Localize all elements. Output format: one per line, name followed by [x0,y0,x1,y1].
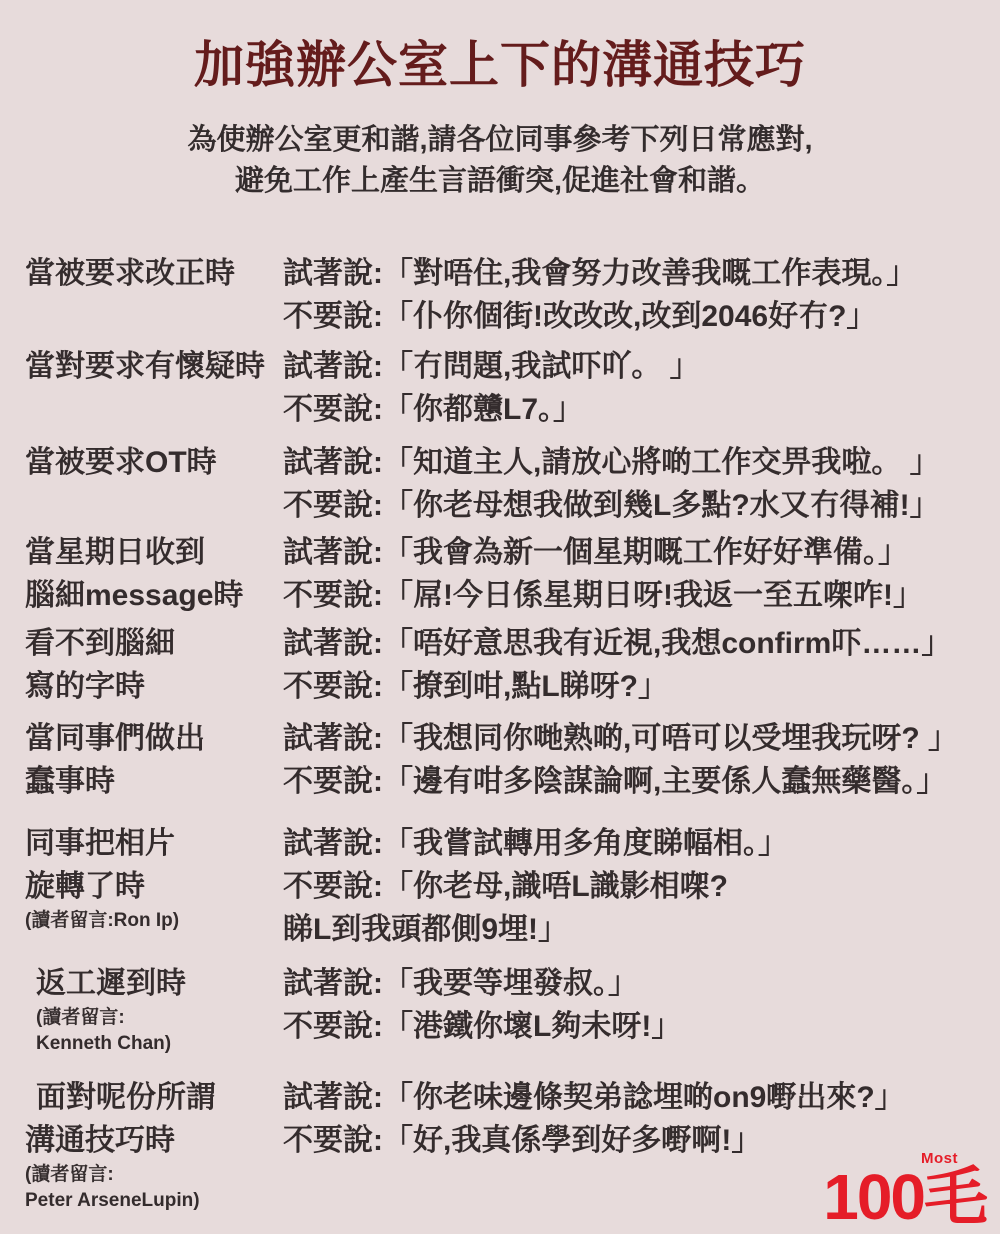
logo-100mo-wordmark: 100毛 [823,1166,986,1228]
scenario-label: 當被要求OT時 [25,441,283,484]
advice-row-overtime: 當被要求OT時 試著說:「知道主人,請放心將啲工作交畀我啦。 」 不要說:「你老… [25,441,982,527]
scenario-label: 當對要求有懷疑時 [25,345,283,388]
scenario-label: 腦細message時 [25,574,283,617]
dont-say-prefix: 不要說: [283,484,383,527]
dont-say-prefix: 不要說: [283,665,383,708]
try-say-prefix: 試著說: [283,622,383,665]
dont-say-text: 「你老母想我做到幾L多點?水又冇得補!」 [383,484,940,527]
reader-comment: (讀者留言:Ron Ip) [25,908,283,934]
dont-say-prefix: 不要說: [283,865,383,908]
try-say-prefix: 試著說: [283,962,383,1005]
try-say-line: 試著說:「對唔住,我會努力改善我嘅工作表現。」 [283,252,982,295]
dont-say-line: 不要說:「你老母,識唔L識影相㗎? [283,865,982,908]
dont-say-text: 「好,我真係學到好多嘢啊!」 [383,1119,761,1162]
scenario-column: 當被要求改正時 [25,252,283,295]
dont-say-prefix: 不要說: [283,388,383,431]
reader-comment: Kenneth Chan) [36,1031,283,1057]
reader-comment: Peter ArseneLupin) [25,1188,283,1214]
try-say-line: 試著說:「唔好意思我有近視,我想confirm吓……」 [283,622,982,665]
dialog-column: 試著說:「我會為新一個星期嘅工作好好準備。」 不要說:「屌!今日係星期日呀!我返… [283,531,982,617]
try-say-prefix: 試著說: [283,717,383,760]
page-title: 加強辦公室上下的溝通技巧 [0,36,1000,94]
scenario-column: 當同事們做出 蠢事時 [25,717,283,803]
try-say-prefix: 試著說: [283,531,383,574]
dont-say-line: 不要說:「你都戇L7。」 [283,388,982,431]
scenario-column: 同事把相片 旋轉了時 (讀者留言:Ron Ip) [25,822,283,934]
scenario-label: 當被要求改正時 [25,252,283,295]
reader-comment: (讀者留言: [25,1162,283,1188]
dont-say-continuation: 睇L到我頭都側9埋!」 [283,908,982,951]
scenario-label: 返工遲到時 [36,962,283,1005]
scenario-column: 面對呢份所謂 溝通技巧時 (讀者留言: Peter ArseneLupin) [25,1076,283,1214]
subtitle-line-2: 避免工作上產生言語衝突,促進社會和諧。 [0,161,1000,202]
dont-say-text: 「你都戇L7。」 [383,388,583,431]
dialog-column: 試著說:「冇問題,我試吓吖。 」 不要說:「你都戇L7。」 [283,345,982,431]
scenario-column: 當對要求有懷疑時 [25,345,283,388]
try-say-text: 「我會為新一個星期嘅工作好好準備。」 [383,531,908,574]
advice-row-boss-handwriting: 看不到腦細 寫的字時 試著說:「唔好意思我有近視,我想confirm吓……」 不… [25,622,982,708]
try-say-line: 試著說:「冇問題,我試吓吖。 」 [283,345,982,388]
try-say-text: 「知道主人,請放心將啲工作交畀我啦。 」 [383,441,940,484]
try-say-text: 「我要等埋發叔。」 [383,962,638,1005]
scenario-label: 看不到腦細 [25,622,283,665]
dialog-column: 試著說:「我嘗試轉用多角度睇幅相。」 不要說:「你老母,識唔L識影相㗎? 睇L到… [283,822,982,951]
dont-say-prefix: 不要說: [283,1119,383,1162]
dialog-column: 試著說:「唔好意思我有近視,我想confirm吓……」 不要說:「撩到咁,點L睇… [283,622,982,708]
dont-say-text: 「港鐵你壞L夠未呀!」 [383,1005,681,1048]
reader-comment: (讀者留言: [36,1005,283,1031]
scenario-label: 同事把相片 [25,822,283,865]
dont-say-line: 不要說:「撩到咁,點L睇呀?」 [283,665,982,708]
dialog-column: 試著說:「知道主人,請放心將啲工作交畀我啦。 」 不要說:「你老母想我做到幾L多… [283,441,982,527]
scenario-label: 面對呢份所謂 [36,1076,283,1119]
try-say-text: 「對唔住,我會努力改善我嘅工作表現。」 [383,252,916,295]
dialog-column: 試著說:「你老味邊條契弟諗埋啲on9嘢出來?」 不要說:「好,我真係學到好多嘢啊… [283,1076,982,1162]
advice-row-late-for-work: 返工遲到時 (讀者留言: Kenneth Chan) 試著說:「我要等埋發叔。」… [25,962,982,1057]
scenario-label: 當同事們做出 [25,717,283,760]
try-say-text: 「唔好意思我有近視,我想confirm吓……」 [383,622,951,665]
scenario-label: 蠢事時 [25,760,283,803]
try-say-prefix: 試著說: [283,252,383,295]
dont-say-text: 「邊有咁多陰謀論啊,主要係人蠢無藥醫。」 [383,760,946,803]
try-say-text: 「我想同你哋熟啲,可唔可以受埋我玩呀? 」 [383,717,958,760]
dont-say-prefix: 不要說: [283,295,383,338]
scenario-label: 寫的字時 [25,665,283,708]
dont-say-line: 不要說:「港鐵你壞L夠未呀!」 [283,1005,982,1048]
try-say-text: 「冇問題,我試吓吖。 」 [383,345,700,388]
dont-say-prefix: 不要說: [283,760,383,803]
advice-row-sunday-message: 當星期日收到 腦細message時 試著說:「我會為新一個星期嘅工作好好準備。」… [25,531,982,617]
scenario-column: 當星期日收到 腦細message時 [25,531,283,617]
dialog-column: 試著說:「我要等埋發叔。」 不要說:「港鐵你壞L夠未呀!」 [283,962,982,1048]
advice-row-correction: 當被要求改正時 試著說:「對唔住,我會努力改善我嘅工作表現。」 不要說:「仆你個… [25,252,982,338]
try-say-text: 「我嘗試轉用多角度睇幅相。」 [383,822,788,865]
advice-rows: 當被要求改正時 試著說:「對唔住,我會努力改善我嘅工作表現。」 不要說:「仆你個… [0,252,1000,1214]
try-say-line: 試著說:「知道主人,請放心將啲工作交畀我啦。 」 [283,441,982,484]
poster-page: 加強辦公室上下的溝通技巧 為使辦公室更和諧,請各位同事參考下列日常應對, 避免工… [0,0,1000,1234]
scenario-column: 返工遲到時 (讀者留言: Kenneth Chan) [25,962,283,1057]
dont-say-prefix: 不要說: [283,1005,383,1048]
dont-say-text: 「你老母,識唔L識影相㗎? [383,865,728,908]
try-say-prefix: 試著說: [283,441,383,484]
try-say-line: 試著說:「我要等埋發叔。」 [283,962,982,1005]
dialog-column: 試著說:「對唔住,我會努力改善我嘅工作表現。」 不要說:「仆你個街!改改改,改到… [283,252,982,338]
try-say-prefix: 試著說: [283,1076,383,1119]
try-say-prefix: 試著說: [283,822,383,865]
dont-say-text: 「撩到咁,點L睇呀?」 [383,665,668,708]
try-say-line: 試著說:「你老味邊條契弟諗埋啲on9嘢出來?」 [283,1076,982,1119]
advice-row-doubt: 當對要求有懷疑時 試著說:「冇問題,我試吓吖。 」 不要說:「你都戇L7。」 [25,345,982,431]
scenario-label: 當星期日收到 [25,531,283,574]
try-say-text: 「你老味邊條契弟諗埋啲on9嘢出來?」 [383,1076,905,1119]
scenario-label: 溝通技巧時 [25,1119,283,1162]
scenario-column: 看不到腦細 寫的字時 [25,622,283,708]
try-say-line: 試著說:「我會為新一個星期嘅工作好好準備。」 [283,531,982,574]
dont-say-line: 不要說:「仆你個街!改改改,改到2046好冇?」 [283,295,982,338]
subtitle-line-1: 為使辦公室更和諧,請各位同事參考下列日常應對, [0,120,1000,161]
dont-say-text: 「仆你個街!改改改,改到2046好冇?」 [383,295,876,338]
advice-row-colleague-stupidity: 當同事們做出 蠢事時 試著說:「我想同你哋熟啲,可唔可以受埋我玩呀? 」 不要說… [25,717,982,803]
dont-say-line: 不要說:「屌!今日係星期日呀!我返一至五㗎咋!」 [283,574,982,617]
try-say-prefix: 試著說: [283,345,383,388]
dont-say-line: 不要說:「你老母想我做到幾L多點?水又冇得補!」 [283,484,982,527]
subtitle: 為使辦公室更和諧,請各位同事參考下列日常應對, 避免工作上產生言語衝突,促進社會… [0,120,1000,202]
dialog-column: 試著說:「我想同你哋熟啲,可唔可以受埋我玩呀? 」 不要說:「邊有咁多陰謀論啊,… [283,717,982,803]
try-say-line: 試著說:「我想同你哋熟啲,可唔可以受埋我玩呀? 」 [283,717,982,760]
logo-100most: Most 100毛 [823,1151,986,1228]
dont-say-text: 「屌!今日係星期日呀!我返一至五㗎咋!」 [383,574,923,617]
dont-say-line: 不要說:「邊有咁多陰謀論啊,主要係人蠢無藥醫。」 [283,760,982,803]
dont-say-prefix: 不要說: [283,574,383,617]
try-say-line: 試著說:「我嘗試轉用多角度睇幅相。」 [283,822,982,865]
scenario-label: 旋轉了時 [25,865,283,908]
scenario-column: 當被要求OT時 [25,441,283,484]
advice-row-rotated-photo: 同事把相片 旋轉了時 (讀者留言:Ron Ip) 試著說:「我嘗試轉用多角度睇幅… [25,822,982,951]
